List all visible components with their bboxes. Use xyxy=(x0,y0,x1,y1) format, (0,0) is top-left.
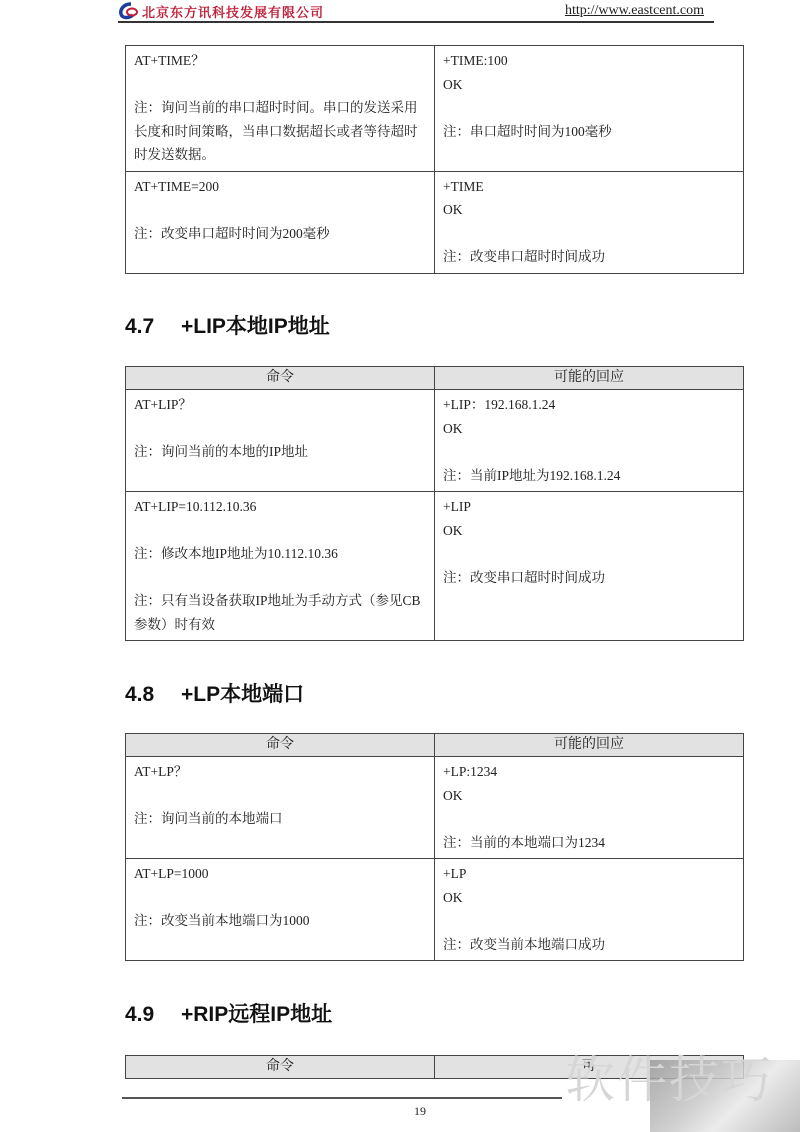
response-text: +LP xyxy=(443,862,735,886)
command-text: AT+TIME？ xyxy=(134,49,426,73)
response-note: 注：改变串口超时时间成功 xyxy=(443,245,735,269)
table-row: AT+LIP=10.112.10.36 注：修改本地IP地址为10.112.10… xyxy=(126,492,744,641)
section-heading-lp: 4.8+LP本地端口 xyxy=(125,678,304,708)
footer-divider xyxy=(122,1097,562,1099)
header-divider xyxy=(118,21,714,23)
lip-command-table: 命令 可能的回应 AT+LIP？ 注：询问当前的本地的IP地址 +LIP：192… xyxy=(125,366,744,641)
table-header-row: 命令 可能的回应 xyxy=(126,734,744,757)
command-note: 注：修改本地IP地址为10.112.10.36 xyxy=(134,542,426,566)
table-row: AT+LP=1000 注：改变当前本地端口为1000 +LP OK 注：改变当前… xyxy=(126,859,744,961)
command-note: 注：改变串口超时时间为200毫秒 xyxy=(134,222,426,246)
command-note: 注：询问当前的本地端口 xyxy=(134,807,426,831)
table-row: AT+LIP？ 注：询问当前的本地的IP地址 +LIP：192.168.1.24… xyxy=(126,390,744,492)
response-cell: +TIME:100 OK 注：串口超时时间为100毫秒 xyxy=(435,46,744,172)
command-note: 注：只有当设备获取IP地址为手动方式（参见CB参数）时有效 xyxy=(134,589,426,636)
column-header-response: 可能的回应 xyxy=(435,734,744,757)
company-url-link[interactable]: http://www.eastcent.com xyxy=(565,3,704,19)
command-note: 注：询问当前的串口超时时间。串口的发送采用长度和时间策略，当串口数据超长或者等待… xyxy=(134,96,426,167)
response-note: 注：改变当前本地端口成功 xyxy=(443,933,735,957)
response-text: +TIME:100 xyxy=(443,49,735,73)
lp-command-table: 命令 可能的回应 AT+LP？ 注：询问当前的本地端口 +LP:1234 OK … xyxy=(125,733,744,961)
column-header-command: 命令 xyxy=(126,1056,435,1079)
response-text: +LIP：192.168.1.24 xyxy=(443,393,735,417)
table-row: AT+LP？ 注：询问当前的本地端口 +LP:1234 OK 注：当前的本地端口… xyxy=(126,757,744,859)
response-cell: +LP:1234 OK 注：当前的本地端口为1234 xyxy=(435,757,744,859)
response-note: 注：当前IP地址为192.168.1.24 xyxy=(443,464,735,488)
response-cell: +LIP：192.168.1.24 OK 注：当前IP地址为192.168.1.… xyxy=(435,390,744,492)
command-cell: AT+LP？ 注：询问当前的本地端口 xyxy=(126,757,435,859)
command-text: AT+LIP=10.112.10.36 xyxy=(134,495,426,519)
command-text: AT+TIME=200 xyxy=(134,175,426,199)
command-cell: AT+LIP？ 注：询问当前的本地的IP地址 xyxy=(126,390,435,492)
page-header: 北京东方讯科技发展有限公司 http://www.eastcent.com xyxy=(118,0,714,22)
command-note: 注：询问当前的本地的IP地址 xyxy=(134,440,426,464)
response-cell: +LP OK 注：改变当前本地端口成功 xyxy=(435,859,744,961)
eastcent-logo-icon xyxy=(118,2,140,20)
command-text: AT+LP？ xyxy=(134,760,426,784)
response-note: 注：串口超时时间为100毫秒 xyxy=(443,120,735,144)
section-heading-rip: 4.9+RIP远程IP地址 xyxy=(125,998,332,1028)
time-command-table: AT+TIME？ 注：询问当前的串口超时时间。串口的发送采用长度和时间策略，当串… xyxy=(125,45,744,274)
response-text: +LP:1234 xyxy=(443,760,735,784)
watermark-text: 软件技巧 xyxy=(565,1040,773,1112)
response-cell: +TIME OK 注：改变串口超时时间成功 xyxy=(435,171,744,273)
column-header-response: 可能的回应 xyxy=(435,367,744,390)
response-note: 注：当前的本地端口为1234 xyxy=(443,831,735,855)
response-text: +LIP xyxy=(443,495,735,519)
table-row: AT+TIME=200 注：改变串口超时时间为200毫秒 +TIME OK 注：… xyxy=(126,171,744,273)
response-cell: +LIP OK 注：改变串口超时时间成功 xyxy=(435,492,744,641)
command-cell: AT+TIME？ 注：询问当前的串口超时时间。串口的发送采用长度和时间策略，当串… xyxy=(126,46,435,172)
table-row: AT+TIME？ 注：询问当前的串口超时时间。串口的发送采用长度和时间策略，当串… xyxy=(126,46,744,172)
response-text: +TIME xyxy=(443,175,735,199)
command-cell: AT+LIP=10.112.10.36 注：修改本地IP地址为10.112.10… xyxy=(126,492,435,641)
command-note: 注：改变当前本地端口为1000 xyxy=(134,909,426,933)
column-header-command: 命令 xyxy=(126,367,435,390)
command-text: AT+LP=1000 xyxy=(134,862,426,886)
response-note: 注：改变串口超时时间成功 xyxy=(443,566,735,590)
company-name: 北京东方讯科技发展有限公司 xyxy=(142,2,324,21)
table-header-row: 命令 可能的回应 xyxy=(126,367,744,390)
column-header-command: 命令 xyxy=(126,734,435,757)
command-text: AT+LIP？ xyxy=(134,393,426,417)
page-number: 19 xyxy=(414,1104,426,1119)
command-cell: AT+LP=1000 注：改变当前本地端口为1000 xyxy=(126,859,435,961)
command-cell: AT+TIME=200 注：改变串口超时时间为200毫秒 xyxy=(126,171,435,273)
section-heading-lip: 4.7+LIP本地IP地址 xyxy=(125,310,330,340)
